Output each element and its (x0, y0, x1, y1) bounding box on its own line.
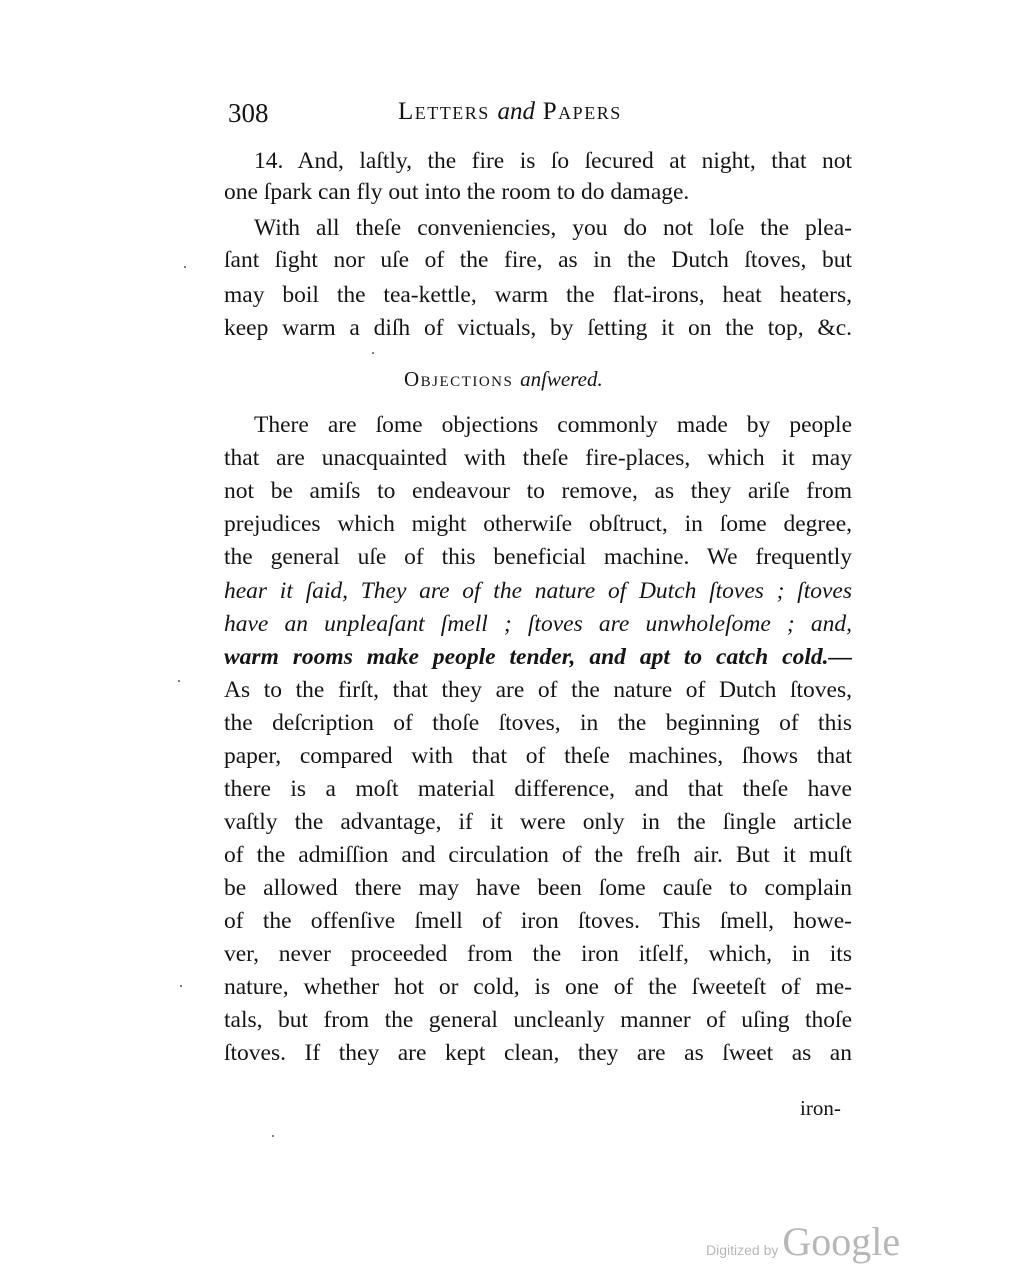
text-line: ſtoves. If they are kept clean, they are… (224, 1038, 852, 1068)
text-line: keep warm a diſh of victuals, by ſetting… (224, 313, 852, 343)
text-line: paper, compared with that of theſe machi… (224, 741, 852, 771)
scan-speck (180, 985, 182, 987)
section-heading-italic: anſwered. (520, 367, 603, 391)
scan-speck (178, 680, 180, 682)
text-line: tals, but from the general uncleanly man… (224, 1005, 852, 1035)
text-line: 14. And, laſtly, the fire is ſo ſecured … (224, 146, 852, 176)
text-line: be allowed there may have been ſome cauſ… (224, 873, 852, 903)
text-line: the deſcription of thoſe ſtoves, in the … (224, 708, 852, 738)
google-logo: Google (782, 1219, 900, 1264)
text-line: ſant ſight nor uſe of the fire, as in th… (224, 245, 852, 275)
text-line: vaſtly the advantage, if it were only in… (224, 807, 852, 837)
text-line: warm rooms make people tender, and apt t… (224, 642, 852, 672)
catchword: iron- (800, 1096, 841, 1121)
text-line: As to the firſt, that they are of the na… (224, 675, 852, 705)
running-title-italic: and (498, 98, 536, 125)
scan-speck (272, 1135, 274, 1137)
text-line: the general uſe of this beneficial machi… (224, 542, 852, 572)
digitized-by-google-watermark: Digitized by Google (706, 1218, 900, 1265)
text-line: With all theſe conveniencies, you do not… (224, 213, 852, 243)
text-line: that are unacquainted with theſe fire-pl… (224, 443, 852, 473)
watermark-prefix: Digitized by (706, 1242, 778, 1258)
section-heading: Objections anſwered. (404, 367, 603, 392)
text-line: hear it ſaid, They are of the nature of … (224, 576, 852, 606)
text-line: ver, never proceeded from the iron itſel… (224, 939, 852, 969)
running-title-part2: Papers (535, 98, 622, 125)
text-line: There are ſome objections commonly made … (224, 410, 852, 440)
text-line: have an unpleaſant ſmell ; ſtoves are un… (224, 609, 852, 639)
text-line: not be amiſs to endeavour to remove, as … (224, 476, 852, 506)
section-heading-text: Objections (404, 367, 520, 391)
page-number: 308 (228, 98, 269, 129)
text-line: one ſpark can fly out into the room to d… (224, 177, 852, 207)
text-line: there is a moſt material difference, and… (224, 774, 852, 804)
text-line: of the admiſſion and circulation of the … (224, 840, 852, 870)
running-title-part1: Letters (398, 98, 498, 125)
text-line: prejudices which might otherwiſe obſtruc… (224, 509, 852, 539)
scan-speck (372, 352, 374, 354)
book-page: 308 Letters and Papers 14. And, laſtly, … (0, 0, 1014, 1282)
running-title: Letters and Papers (398, 98, 622, 126)
text-line: nature, whether hot or cold, is one of t… (224, 972, 852, 1002)
scan-speck (184, 266, 186, 268)
text-line: may boil the tea-kettle, warm the flat-i… (224, 280, 852, 310)
text-line: of the offenſive ſmell of iron ſtoves. T… (224, 906, 852, 936)
